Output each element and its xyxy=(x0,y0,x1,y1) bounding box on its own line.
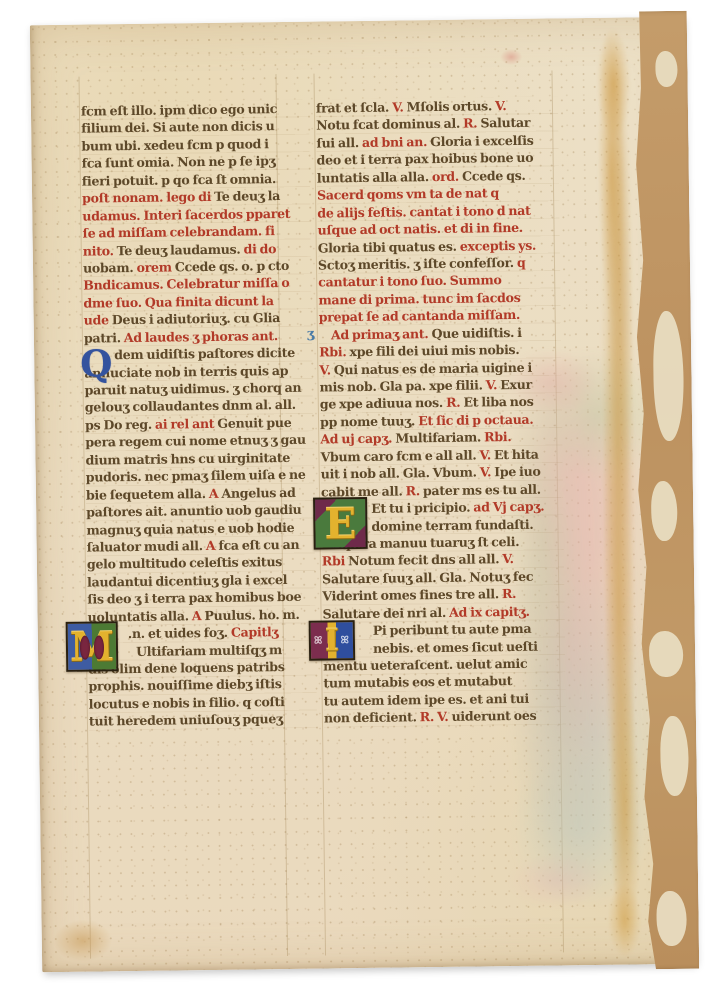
body-text: Vbum caro fcm e all all. xyxy=(320,447,479,464)
body-text: paſtores ait. anuntio uob gaudiu xyxy=(86,502,301,520)
rubric-text: V. xyxy=(319,362,334,377)
body-text: Sctoʒ meritis. ʒ iſte confeſſor. xyxy=(318,255,517,273)
body-text: luntatis alla alla. xyxy=(317,169,432,186)
rubric-text: R. xyxy=(502,586,516,601)
rubric-text: poſt nonam. lego di xyxy=(82,189,214,206)
initial-e-illuminated: E xyxy=(313,497,368,550)
tape-worn-patch xyxy=(653,311,685,441)
body-text: fcm eſt illo. ipm dico ego unic xyxy=(81,101,277,119)
tape-worn-patch xyxy=(660,716,689,796)
body-text: Salutare dei nri al. xyxy=(322,605,449,622)
body-text: paruit natuʒ uidimus. ʒ chorq an xyxy=(85,380,302,398)
body-text: pudoris. nec pmaʒ ſilem uiſa e ne xyxy=(86,467,306,485)
text-column-right: ʒ E I frat et ſcla. V. Mſolis ortus. V.N… xyxy=(316,96,566,727)
tape-worn-patch xyxy=(651,481,678,541)
body-text: Et hita xyxy=(494,446,539,462)
body-text: Pi peribunt tu aute pma xyxy=(373,621,532,638)
rubric-text: ord. xyxy=(432,168,462,183)
initial-e-letter: E xyxy=(324,499,357,548)
body-text: dem uidiſtis paſtores dicite xyxy=(114,345,295,362)
text-line: de alijs feſtis. cantat i tono d nat xyxy=(317,201,559,222)
text-line: dis olim dene loquens patribs xyxy=(88,658,316,678)
body-text: Angelus ad xyxy=(221,485,295,501)
body-text: Te deuʒ la xyxy=(214,188,280,204)
body-text: dium matris hns cu uirginitate xyxy=(85,450,290,468)
body-text: xpe fili dei uiui mis nobis. xyxy=(349,342,519,359)
body-text: Gloria tibi quatus es. xyxy=(318,238,460,255)
rubric-text: Sacerd qoms vm ta de nat q xyxy=(317,185,499,202)
body-text: ſui all. xyxy=(316,135,362,151)
body-text: fca eſt cu an xyxy=(218,537,299,553)
body-text: Genuit pue xyxy=(217,415,291,431)
rubric-text: V. xyxy=(480,464,495,479)
body-text: pp nome tuuʒ. xyxy=(320,413,418,429)
body-text: Notu fcat dominus al. xyxy=(316,116,463,133)
rubric-text: Et ſic di p octaua. xyxy=(418,412,533,429)
body-text: tu autem idem ipe es. et ani tui xyxy=(324,691,529,709)
text-line: luntatis alla alla. ord. Ccede qs. xyxy=(317,166,559,187)
rubric-text: nito. xyxy=(83,243,117,258)
rubric-text: R. V. xyxy=(420,709,452,724)
body-text: Salutare ſuuʒ all. Gla. Notuʒ fec xyxy=(322,569,533,587)
rubric-text: de alijs feſtis. cantat i tono d nat xyxy=(317,202,530,220)
body-text: pater ms es tu all. xyxy=(423,481,541,498)
rubric-text: V. xyxy=(486,377,501,392)
body-text: laudantui dicentiuʒ gla i excel xyxy=(87,572,287,590)
text-line: Sctoʒ meritis. ʒ iſte confeſſor. q xyxy=(318,253,560,274)
body-text: Notum fecit dns all all. xyxy=(348,552,502,569)
body-text: Ultifariam multiſqʒ m xyxy=(136,642,282,659)
rubric-text: R. xyxy=(463,116,481,131)
rubric-text: Ad laudes ʒ phoras ant. xyxy=(124,328,278,345)
rubric-text: V. xyxy=(479,447,494,462)
body-text: Salutar xyxy=(480,115,530,131)
text-line: pp nome tuuʒ. Et ſic di p octaua. xyxy=(320,410,562,431)
rubric-text: exceptis ys. xyxy=(460,237,536,253)
body-text: Que uidiſtis. i xyxy=(431,325,521,341)
rubric-text: ſe ad miſſam celebrandam. fi xyxy=(82,223,274,241)
paraph-mark-icon: ʒ xyxy=(307,327,315,342)
text-line: nebis. et omes ſicut ueſti xyxy=(323,637,565,658)
bottom-left-stain xyxy=(43,912,122,969)
text-line: tuit heredem uniuſouʒ pqueʒ xyxy=(89,710,317,730)
rubric-text: Rbi. xyxy=(319,344,350,359)
body-text: Te deuʒ laudamus. xyxy=(117,241,244,258)
rubric-text: dme ſuo. Qua finita dicunt la xyxy=(83,293,273,310)
body-text: Et tu i pricipio. xyxy=(371,500,473,516)
text-line: paſtores ait. anuntio uob gaudiu xyxy=(86,501,314,521)
rubric-text: ude xyxy=(84,313,112,328)
body-text: ſis deo ʒ i terra pax homibus boe xyxy=(87,589,301,607)
rubric-text: Rbi xyxy=(322,554,348,569)
initial-i-letter: I xyxy=(325,623,340,658)
glue-residue-stain xyxy=(596,27,642,957)
body-text: .n. et uides foʒ. xyxy=(128,625,231,641)
rubric-text: ai rel ant xyxy=(155,416,218,432)
rubric-text: prepat ſe ad cantanda miſſam. xyxy=(319,307,521,325)
body-text: ge xpe adiuua nos. xyxy=(320,395,446,412)
body-text: gelouʒ collaudantes dnm al. all. xyxy=(85,397,296,415)
text-line: Salutare ſuuʒ all. Gla. Notuʒ fec xyxy=(322,567,564,588)
rubric-text: Ad primaʒ ant. xyxy=(331,326,432,342)
rubric-text: ad Vj capʒ. xyxy=(473,499,544,515)
rubric-text: Ad uj capʒ. xyxy=(320,431,395,447)
rubric-text: orem xyxy=(136,259,174,274)
rubric-text: ad bni an. xyxy=(362,134,430,150)
rubric-text: A xyxy=(209,485,222,500)
rubric-text: Bndicamus. Celebratur miſſa o xyxy=(83,275,289,293)
body-text: bum ubi. xedeu fcm p quod i xyxy=(81,136,268,153)
body-text: fca ſunt omia. Non ne p ſe ipʒ xyxy=(82,153,276,171)
text-column-left: Q M fcm eſt illo. ipm dico ego unicfiliu… xyxy=(81,100,317,731)
text-line: uoluntatis alla. A Puulus. ho. m. xyxy=(87,605,315,625)
body-text: locutus e nobis in filio. q coſti xyxy=(89,694,285,712)
text-line: udamus. Interi ſacerdos pparet xyxy=(82,204,310,224)
rubric-text: di do xyxy=(243,241,276,256)
initial-q-lombard: Q xyxy=(80,344,113,384)
body-text: Deus i adiutoriuʒ. cu Glia xyxy=(112,310,280,327)
body-text: deo et i terra pax hoibus bone uo xyxy=(317,150,534,168)
body-text: Multifariam. xyxy=(395,430,484,446)
repair-tape-strip xyxy=(615,11,700,970)
body-text: prophis. nouiſſime diebʒ iſtis xyxy=(88,677,281,695)
body-text: Puulus. ho. m. xyxy=(204,607,299,623)
tape-worn-patch xyxy=(656,891,687,946)
rubric-text: mane di prima. tunc im ſacdos xyxy=(318,290,520,308)
text-line: Bndicamus. Celebratur miſſa o xyxy=(83,274,311,294)
body-text: tuit heredem uniuſouʒ pqueʒ xyxy=(89,711,283,729)
text-line: non deficient. R. V. uiderunt oes xyxy=(324,707,566,728)
tape-worn-patch xyxy=(649,631,684,677)
body-text: filium dei. Si aute non dicis u xyxy=(81,119,274,137)
rubric-text: R. xyxy=(405,483,423,498)
rubric-text: A xyxy=(192,608,205,623)
manuscript-leaf: Q M fcm eſt illo. ipm dico ego unicfiliu… xyxy=(30,17,695,972)
body-text: non deficient. xyxy=(324,710,420,726)
body-text: Ipe iuo xyxy=(494,464,541,480)
tape-worn-patch xyxy=(655,51,677,87)
rubric-text: Capitlʒ xyxy=(231,624,279,640)
rubric-text: uſque ad oct natis. et di in fine. xyxy=(317,220,523,238)
body-text: Qui natus es de maria uigine i xyxy=(334,359,532,377)
body-text: magnuʒ quia natus e uob hodie xyxy=(86,519,294,537)
body-text: uobam. xyxy=(83,260,137,276)
body-text: domine terram fundaſti. xyxy=(371,516,533,533)
rubric-text: R. xyxy=(446,395,464,410)
body-text: nebis. et omes ſicut ueſti xyxy=(373,638,538,655)
rubric-text: V. xyxy=(392,99,407,114)
body-text: Viderint omes fines tre all. xyxy=(322,586,502,603)
text-line: fcm eſt illo. ipm dico ego unic xyxy=(81,100,309,120)
rubric-text: V. xyxy=(495,98,507,113)
body-text: bie ſequetem alla. xyxy=(86,486,209,503)
body-text: pera regem cui nome etnuʒ ʒ gau xyxy=(85,432,306,450)
initial-m-illuminated: M xyxy=(66,621,119,672)
body-text: annuciate nob in terris quis ap xyxy=(84,363,288,381)
rubric-text: V. xyxy=(502,551,514,566)
body-text: Et liba nos xyxy=(463,394,533,410)
initial-m-letter: M xyxy=(70,623,115,671)
body-text: mis nob. Gla pa. xpe filii. xyxy=(319,377,485,394)
body-text: ps Do reg. xyxy=(85,417,155,433)
body-text: Ccede qs. o. p cto xyxy=(175,258,289,274)
rubric-text: Rbi. xyxy=(484,429,511,444)
small-pink-stain xyxy=(500,49,522,65)
body-text: fieri potuit. p qo fca ſt omnia. xyxy=(82,171,276,189)
body-text: frat et ſcla. xyxy=(316,100,392,116)
body-text: uiderunt oes xyxy=(451,708,536,724)
body-text: Exur xyxy=(500,377,532,392)
rubric-text: cantatur i tono ſuo. Summo xyxy=(318,273,501,290)
body-text: Gloria i excelſis xyxy=(430,133,533,149)
body-text: Mſolis ortus. xyxy=(407,98,496,114)
rubric-text: udamus. Interi ſacerdos pparet xyxy=(82,206,290,224)
body-text: Ccede qs. xyxy=(462,168,526,184)
body-text: tum mutabis eos et mutabut xyxy=(323,673,512,690)
body-text: uit i nob all. Gla. Vbum. xyxy=(321,465,480,482)
body-text: gelo multitudo celeſtis exitus xyxy=(87,554,282,572)
rubric-text: A xyxy=(206,538,219,553)
body-text: ſaluator mudi all. xyxy=(87,538,206,555)
rubric-text: q xyxy=(517,255,526,270)
rubric-text: Ad ix capitʒ. xyxy=(449,604,530,620)
initial-i-illuminated: I xyxy=(309,620,356,661)
